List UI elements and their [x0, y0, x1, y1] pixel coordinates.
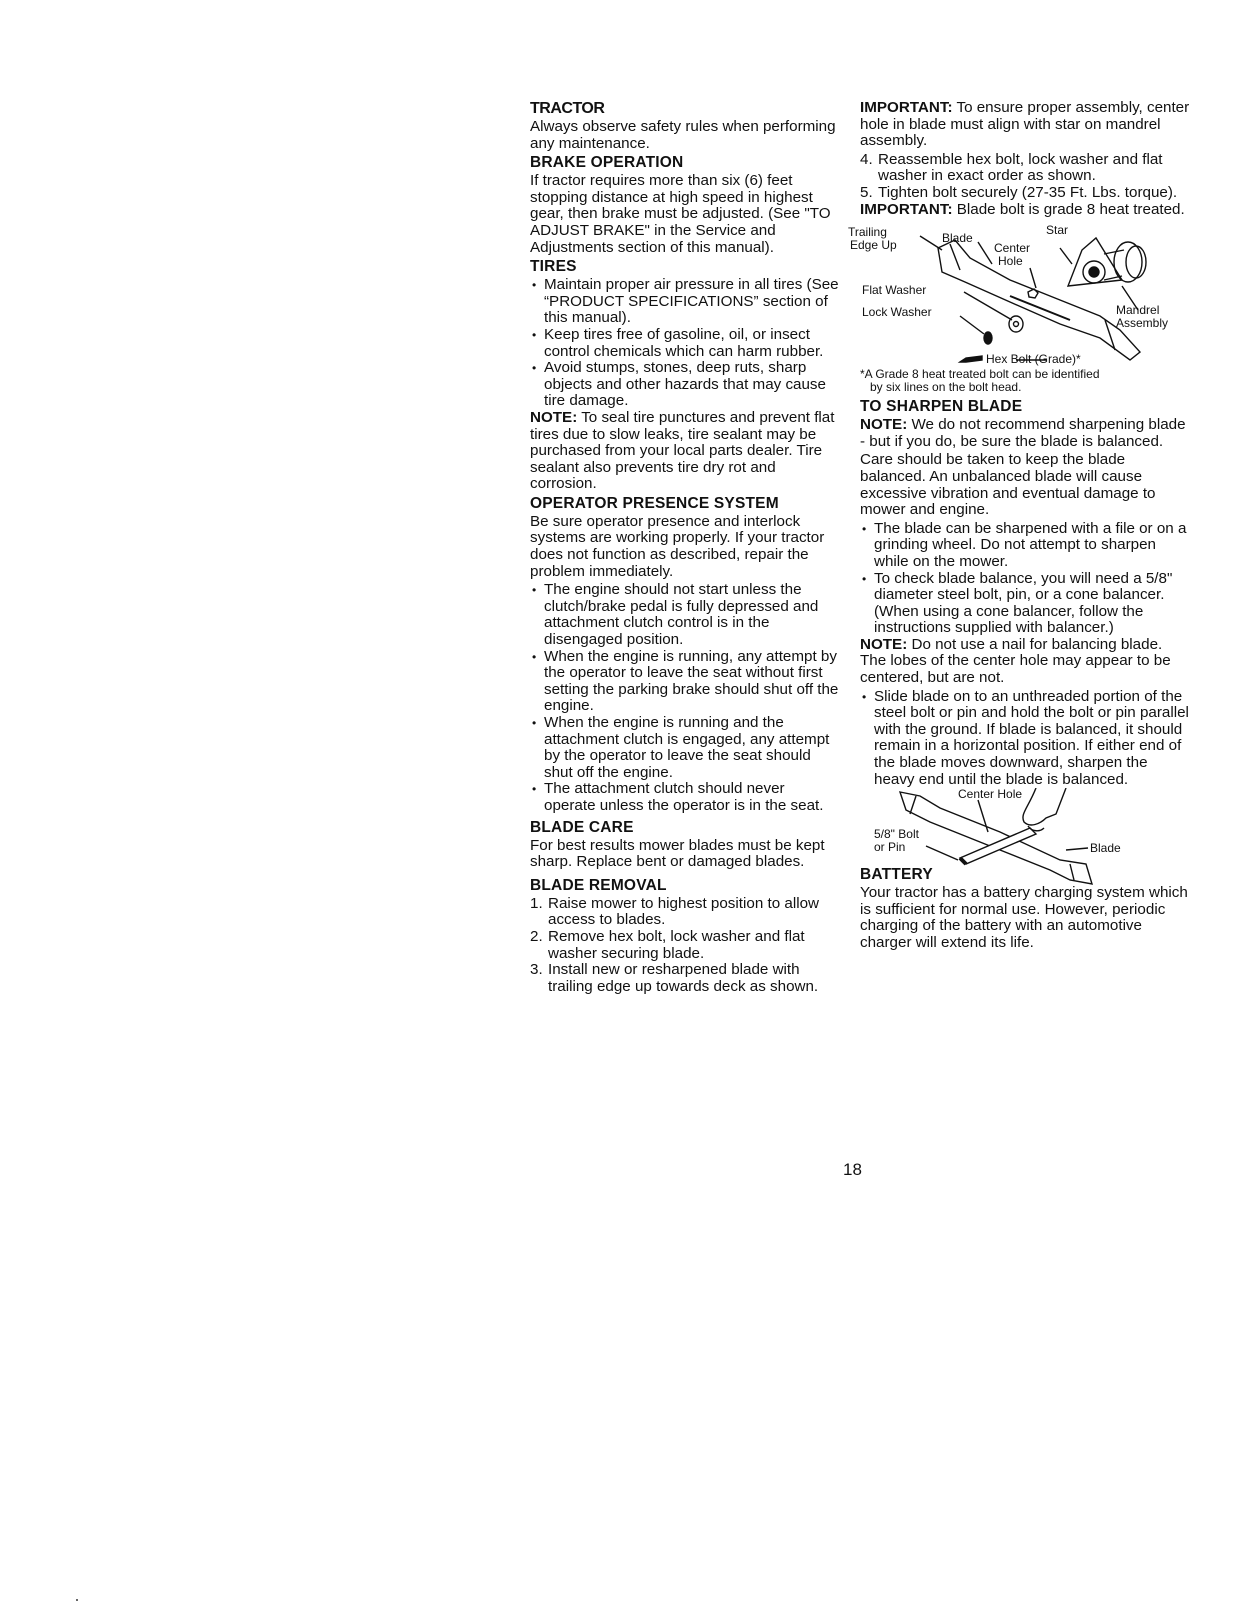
sharpen-bullet-list: The blade can be sharpened with a file o…: [860, 521, 1190, 637]
right-column: IMPORTANT: To ensure proper assembly, ce…: [860, 100, 1190, 954]
section-brake-operation: BRAKE OPERATION If tractor requires more…: [530, 154, 840, 256]
section-tires: TIRES Maintain proper air pressure in al…: [530, 258, 840, 493]
step-text: Install new or resharpened blade with tr…: [548, 961, 818, 995]
section-blade-care: BLADE CARE For best results mower blades…: [530, 819, 840, 871]
section-operator-presence: OPERATOR PRESENCE SYSTEM Be sure operato…: [530, 495, 840, 815]
note-label: NOTE:: [860, 636, 907, 653]
note-text: We do not recommend sharpening blade - b…: [860, 416, 1186, 450]
step-text: Raise mower to highest position to allow…: [548, 895, 819, 929]
note-label: NOTE:: [530, 409, 577, 426]
section-blade-removal: BLADE REMOVAL 1.Raise mower to highest p…: [530, 877, 840, 996]
battery-text: Your tractor has a battery charging syst…: [860, 885, 1190, 951]
list-item: The engine should not start unless the c…: [530, 582, 840, 648]
tires-bullet-list: Maintain proper air pressure in all tire…: [530, 277, 840, 410]
list-item: The blade can be sharpened with a file o…: [860, 521, 1190, 571]
step-number: 5.: [860, 185, 873, 202]
blade-balance-diagram: Center Hole 5/8" Bolt or Pin Blade: [860, 788, 1190, 888]
step-number: 2.: [530, 929, 543, 946]
footnote-line-1: *A Grade 8 heat treated bolt can be iden…: [860, 367, 1100, 381]
operator-presence-text: Be sure operator presence and interlock …: [530, 514, 840, 580]
important-label: IMPORTANT:: [860, 99, 953, 116]
sharpen-text: Care should be taken to keep the blade b…: [860, 452, 1190, 518]
section-tractor: TRACTOR Always observe safety rules when…: [530, 100, 840, 152]
important-label: IMPORTANT:: [860, 201, 953, 218]
label-center-hole-2: Hole: [998, 255, 1023, 268]
heading-brake-operation: BRAKE OPERATION: [530, 154, 840, 172]
list-item: Keep tires free of gasoline, oil, or ins…: [530, 327, 840, 360]
step-text: Remove hex bolt, lock washer and flat wa…: [548, 928, 805, 962]
scan-artifact: [76, 1599, 78, 1601]
label-center-hole: Center Hole: [958, 788, 1022, 801]
grade-8-footnote: *A Grade 8 heat treated bolt can be iden…: [860, 368, 1190, 394]
balance-bullet-list: Slide blade on to an unthreaded portion …: [860, 689, 1190, 789]
note-text: Do not use a nail for balancing blade. T…: [860, 636, 1171, 686]
section-sharpen-blade: TO SHARPEN BLADE NOTE: We do not recomme…: [860, 398, 1190, 788]
step-item: 4.Reassemble hex bolt, lock washer and f…: [860, 152, 1190, 185]
label-hex-bolt: Hex Bolt (Grade)*: [986, 353, 1081, 366]
heading-operator-presence: OPERATOR PRESENCE SYSTEM: [530, 495, 840, 513]
step-item: 2.Remove hex bolt, lock washer and flat …: [530, 929, 840, 962]
operator-presence-bullet-list: The engine should not start unless the c…: [530, 582, 840, 814]
label-star: Star: [1046, 224, 1068, 237]
blade-care-text: For best results mower blades must be ke…: [530, 838, 840, 871]
heading-blade-care: BLADE CARE: [530, 819, 840, 837]
label-mandrel-assembly: Assembly: [1116, 317, 1168, 330]
tractor-text: Always observe safety rules when perform…: [530, 119, 840, 152]
heading-tires: TIRES: [530, 258, 840, 276]
step-text: Tighten bolt securely (27-35 Ft. Lbs. to…: [878, 184, 1177, 201]
heading-sharpen-blade: TO SHARPEN BLADE: [860, 398, 1190, 416]
left-column: TRACTOR Always observe safety rules when…: [530, 100, 840, 995]
important-note-bolt: IMPORTANT: Blade bolt is grade 8 heat tr…: [860, 202, 1190, 219]
label-blade: Blade: [942, 232, 973, 245]
step-number: 3.: [530, 962, 543, 979]
step-number: 4.: [860, 152, 873, 169]
list-item: To check blade balance, you will need a …: [860, 571, 1190, 637]
label-lock-washer: Lock Washer: [862, 306, 932, 319]
tires-note: NOTE: To seal tire punctures and prevent…: [530, 410, 840, 493]
step-item: 5.Tighten bolt securely (27-35 Ft. Lbs. …: [860, 185, 1190, 202]
brake-operation-text: If tractor requires more than six (6) fe…: [530, 173, 840, 256]
list-item: The attachment clutch should never opera…: [530, 781, 840, 814]
label-flat-washer: Flat Washer: [862, 284, 926, 297]
list-item: Maintain proper air pressure in all tire…: [530, 277, 840, 327]
list-item: Avoid stumps, stones, deep ruts, sharp o…: [530, 360, 840, 410]
important-note-assembly: IMPORTANT: To ensure proper assembly, ce…: [860, 100, 1190, 150]
important-text: Blade bolt is grade 8 heat treated.: [953, 201, 1185, 218]
step-number: 1.: [530, 896, 543, 913]
list-item: Slide blade on to an unthreaded portion …: [860, 689, 1190, 789]
heading-tractor: TRACTOR: [530, 100, 840, 118]
step-text: Reassemble hex bolt, lock washer and fla…: [878, 151, 1163, 185]
heading-blade-removal: BLADE REMOVAL: [530, 877, 840, 895]
sharpen-note-nail: NOTE: Do not use a nail for balancing bl…: [860, 637, 1190, 687]
page-number: 18: [843, 1160, 862, 1180]
label-trailing-edge-up: Edge Up: [850, 239, 897, 252]
footnote-line-2: by six lines on the bolt head.: [860, 381, 1190, 394]
step-item: 1.Raise mower to highest position to all…: [530, 896, 840, 929]
blade-assembly-diagram: Trailing Edge Up Blade Star Center Hole …: [860, 220, 1190, 368]
blade-install-steps: 4.Reassemble hex bolt, lock washer and f…: [860, 152, 1190, 202]
note-label: NOTE:: [860, 416, 907, 433]
list-item: When the engine is running, any attempt …: [530, 649, 840, 715]
label-blade: Blade: [1090, 842, 1121, 855]
label-bolt-or-pin: or Pin: [874, 841, 905, 854]
step-item: 3.Install new or resharpened blade with …: [530, 962, 840, 995]
blade-removal-steps: 1.Raise mower to highest position to all…: [530, 896, 840, 996]
list-item: When the engine is running and the attac…: [530, 715, 840, 781]
sharpen-note: NOTE: We do not recommend sharpening bla…: [860, 417, 1190, 450]
